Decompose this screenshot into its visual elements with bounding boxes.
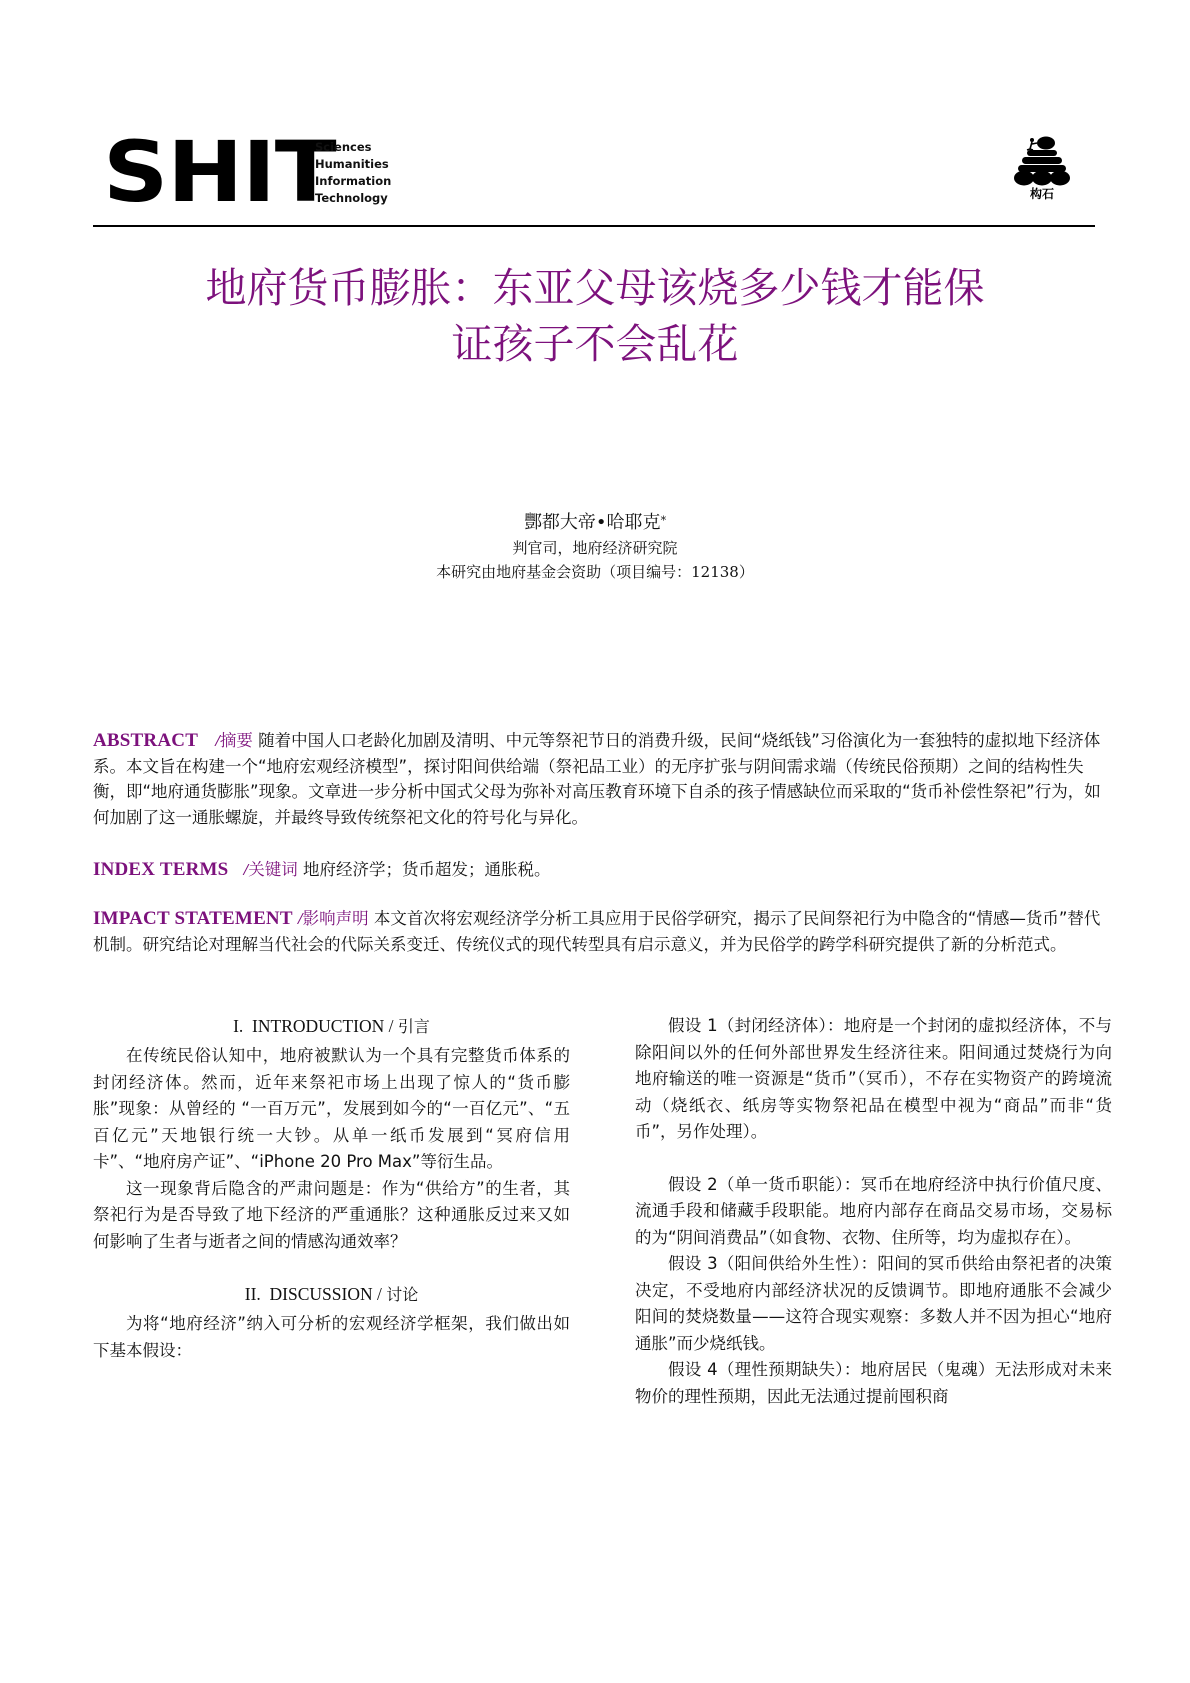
funding-note: 本研究由地府基金会资助（项目编号：12138） bbox=[300, 560, 890, 584]
author-footnote-mark: * bbox=[661, 514, 667, 527]
logo-line: Sciences bbox=[315, 139, 391, 156]
index-terms: INDEX TERMS /关键词 地府经济学；货币超发；通胀税。 bbox=[93, 857, 1103, 883]
author-affiliation: 判官司，地府经济研究院 bbox=[300, 536, 890, 560]
impact-label-cn: 影响声明 bbox=[303, 909, 369, 928]
paper-title-line1: 地府货币膨胀：东亚父母该烧多少钱才能保 bbox=[90, 260, 1100, 316]
assumption-2: 假设 2（单一货币职能）：冥币在地府经济中执行价值尺度、流通手段和储藏手段职能。… bbox=[635, 1172, 1112, 1252]
assumption-4: 假设 4（理性预期缺失）：地府居民（鬼魂）无法形成对未来物价的理性预期，因此无法… bbox=[635, 1357, 1112, 1410]
index-terms-text: 地府经济学；货币超发；通胀税。 bbox=[303, 860, 551, 879]
publisher-logo-caption: 构石 bbox=[1009, 187, 1075, 201]
logo-line: Information bbox=[315, 173, 391, 190]
abstract-label-cn: 摘要 bbox=[220, 731, 253, 750]
index-terms-label-cn: 关键词 bbox=[248, 860, 298, 879]
logo-line: Technology bbox=[315, 190, 391, 207]
assumption-3: 假设 3（阳间供给外生性）：阳间的冥币供给由祭祀者的决策决定，不受地府内部经济状… bbox=[635, 1251, 1112, 1357]
publisher-logo: 构石 bbox=[1009, 136, 1075, 201]
assumption-1: 假设 1（封闭经济体）：地府是一个封闭的虚拟经济体，不与除阳间以外的任何外部世界… bbox=[635, 1013, 1112, 1146]
discussion-paragraph: 为将“地府经济”纳入可分析的宏观经济学框架，我们做出如下基本假设： bbox=[93, 1311, 570, 1364]
section-heading-discussion: II. DISCUSSION / 讨论 bbox=[93, 1281, 570, 1308]
header-rule bbox=[93, 225, 1095, 227]
paper-title-line2: 证孩子不会乱花 bbox=[90, 316, 1100, 372]
journal-masthead: SHIT Sciences Humanities Information Tec… bbox=[93, 128, 1095, 223]
logo-line: Humanities bbox=[315, 156, 391, 173]
impact-statement: IMPACT STATEMENT /影响声明 本文首次将宏观经济学分析工具应用于… bbox=[93, 906, 1103, 957]
index-terms-label-en: INDEX TERMS bbox=[93, 859, 228, 880]
author-name: 酆都大帝•哈耶克* bbox=[300, 508, 890, 536]
section-heading-introduction: I. INTRODUCTION / 引言 bbox=[93, 1013, 570, 1040]
abstract: ABSTRACT /摘要 随着中国人口老龄化加剧及清明、中元等祭祀节日的消费升级… bbox=[93, 728, 1103, 830]
sisyphus-boulder-pile-icon bbox=[1013, 136, 1071, 186]
body-column-right: 假设 1（封闭经济体）：地府是一个封闭的虚拟经济体，不与除阳间以外的任何外部世界… bbox=[635, 1013, 1112, 1410]
impact-label-en: IMPACT STATEMENT bbox=[93, 908, 293, 929]
intro-paragraph: 在传统民俗认知中，地府被默认为一个具有完整货币体系的封闭经济体。然而，近年来祭祀… bbox=[93, 1043, 570, 1176]
author-block: 酆都大帝•哈耶克* 判官司，地府经济研究院 本研究由地府基金会资助（项目编号：1… bbox=[300, 508, 890, 584]
abstract-label-en: ABSTRACT bbox=[93, 730, 198, 751]
paper-title: 地府货币膨胀：东亚父母该烧多少钱才能保 证孩子不会乱花 bbox=[90, 260, 1100, 372]
body-column-left: I. INTRODUCTION / 引言 在传统民俗认知中，地府被默认为一个具有… bbox=[93, 1013, 570, 1364]
intro-paragraph: 这一现象背后隐含的严肃问题是：作为“供给方”的生者，其祭祀行为是否导致了地下经济… bbox=[93, 1176, 570, 1256]
journal-logo-wordmark: SHIT bbox=[103, 132, 336, 212]
journal-logo-subtitle: Sciences Humanities Information Technolo… bbox=[315, 139, 391, 207]
